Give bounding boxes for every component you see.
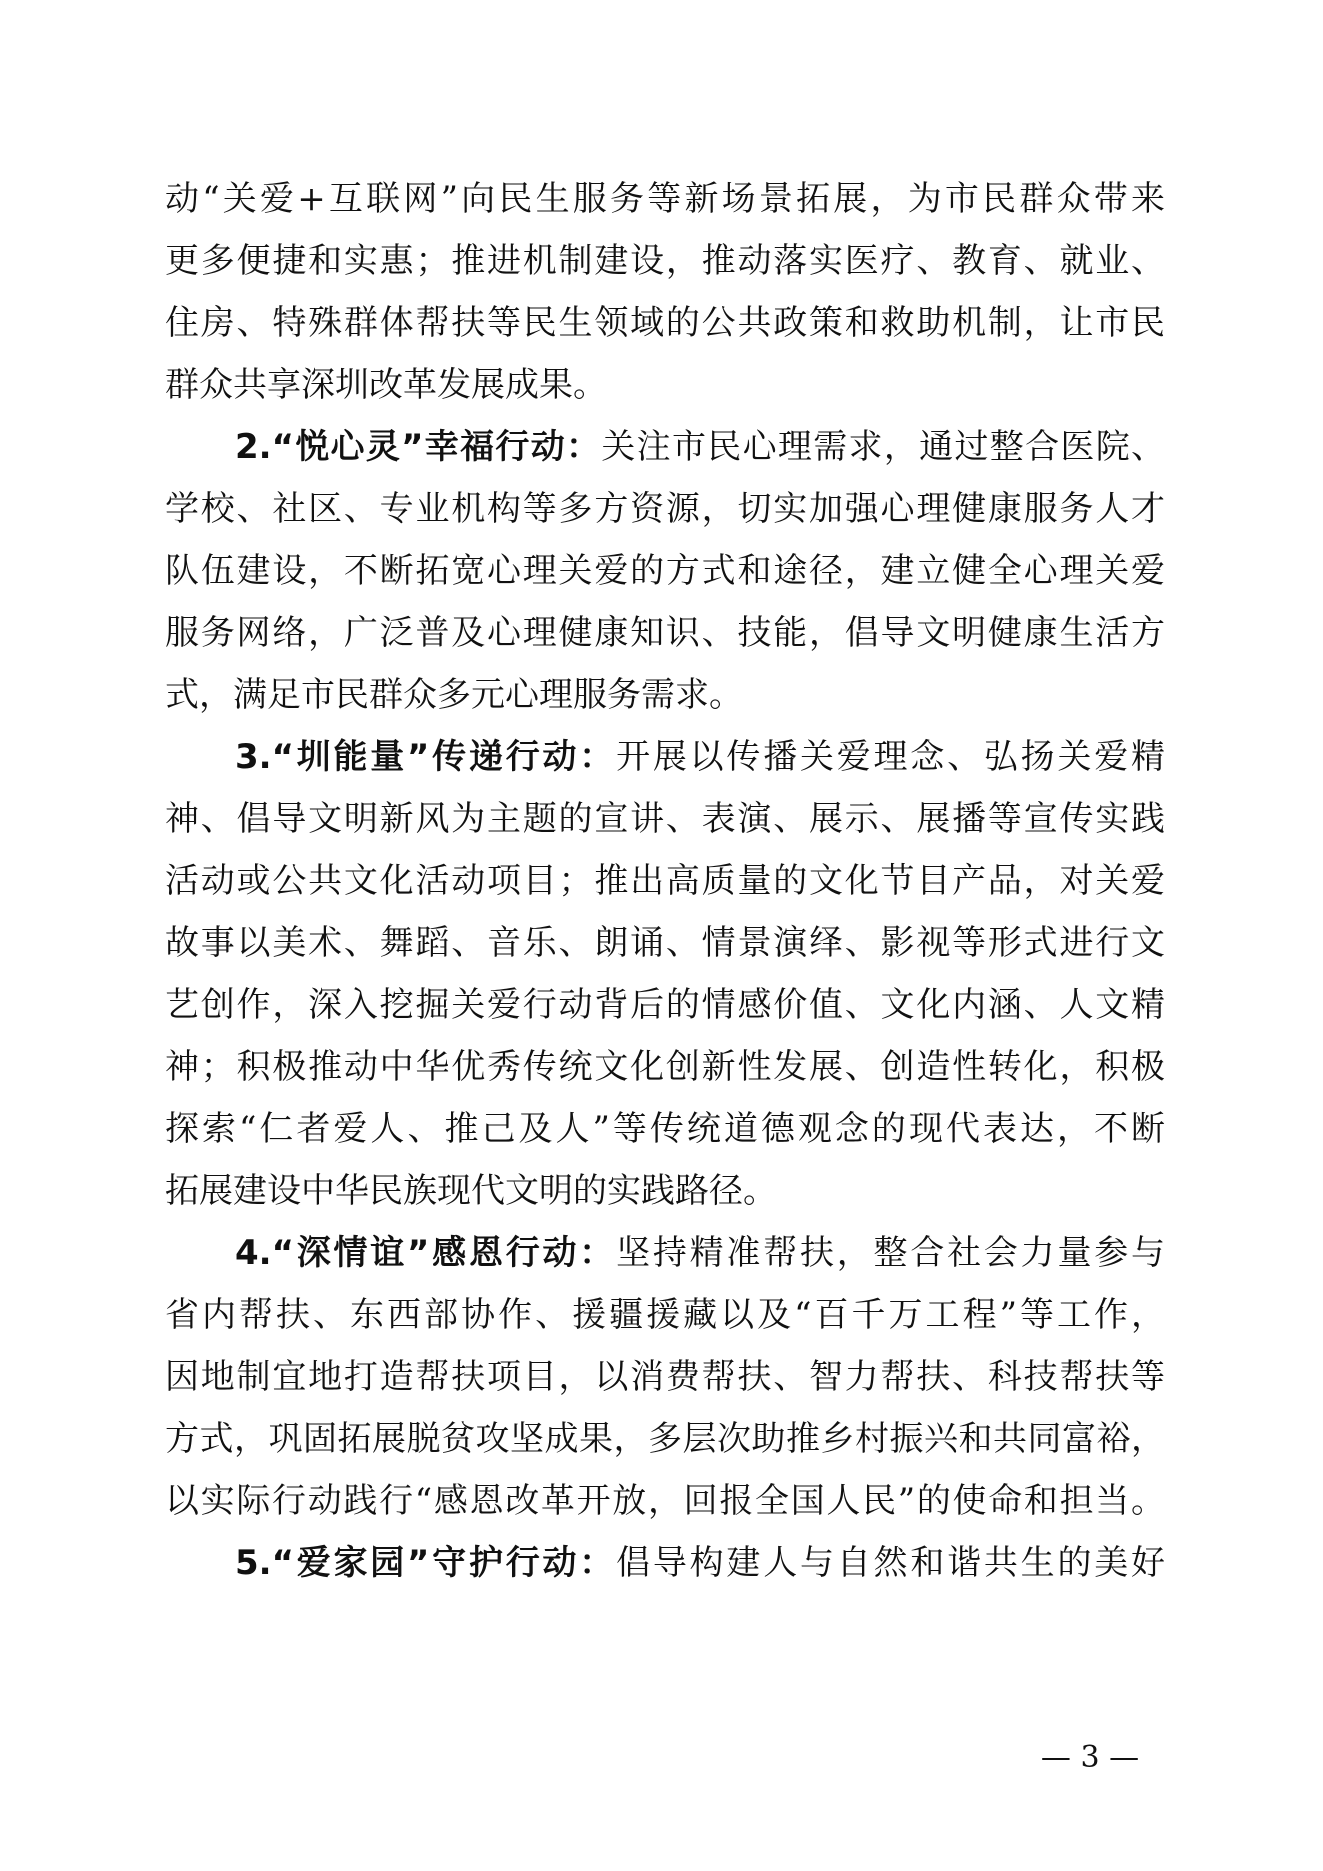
page-number: — 3 — (1020, 1738, 1160, 1778)
paragraph-4-text: 坚持精准帮扶，整合社会力量参与 (616, 1233, 1165, 1273)
paragraph-3-heading: 3.“圳能量”传递行动： (235, 737, 616, 777)
paragraph-3-line-4: 故事以美术、舞蹈、音乐、朗诵、情景演绎、影视等形式进行文 (165, 912, 1165, 974)
paragraph-1-line-3: 住房、特殊群体帮扶等民生领域的公共政策和救助机制，让市民 (165, 292, 1165, 354)
paragraph-1-line-2: 更多便捷和实惠；推进机制建设，推动落实医疗、教育、就业、 (165, 230, 1165, 292)
paragraph-4-heading: 4.“深情谊”感恩行动： (235, 1233, 616, 1273)
paragraph-3-line-7: 探索“仁者爱人、推己及人”等传统道德观念的现代表达，不断 (165, 1098, 1165, 1160)
paragraph-2-text: 关注市民心理需求，通过整合医院、 (601, 427, 1165, 467)
paragraph-4-line-5: 以实际行动践行“感恩改革开放，回报全国人民”的使命和担当。 (165, 1470, 1165, 1532)
paragraph-2-line-2: 学校、社区、专业机构等多方资源，切实加强心理健康服务人才 (165, 478, 1165, 540)
paragraph-2-line-5: 式，满足市民群众多元心理服务需求。 (165, 664, 1165, 726)
paragraph-3-line-6: 神；积极推动中华优秀传统文化创新性发展、创造性转化，积极 (165, 1036, 1165, 1098)
paragraph-1-line-1: 动“关爱+互联网”向民生服务等新场景拓展，为市民群众带来 (165, 168, 1165, 230)
paragraph-3-line-2: 神、倡导文明新风为主题的宣讲、表演、展示、展播等宣传实践 (165, 788, 1165, 850)
paragraph-3-text: 开展以传播关爱理念、弘扬关爱精 (616, 737, 1165, 777)
paragraph-1-line-4: 群众共享深圳改革发展成果。 (165, 354, 1165, 416)
paragraph-5-heading: 5.“爱家园”守护行动： (235, 1543, 616, 1583)
paragraph-5-text: 倡导构建人与自然和谐共生的美好 (616, 1543, 1165, 1583)
paragraph-4-line-1: 4.“深情谊”感恩行动：坚持精准帮扶，整合社会力量参与 (235, 1222, 1165, 1284)
paragraph-4-line-2: 省内帮扶、东西部协作、援疆援藏以及“百千万工程”等工作， (165, 1284, 1165, 1346)
paragraph-3-line-8: 拓展建设中华民族现代文明的实践路径。 (165, 1160, 1165, 1222)
paragraph-2-line-1: 2.“悦心灵”幸福行动：关注市民心理需求，通过整合医院、 (235, 416, 1165, 478)
paragraph-5-line-1: 5.“爱家园”守护行动：倡导构建人与自然和谐共生的美好 (235, 1532, 1165, 1594)
paragraph-3-line-5: 艺创作，深入挖掘关爱行动背后的情感价值、文化内涵、人文精 (165, 974, 1165, 1036)
paragraph-2-heading: 2.“悦心灵”幸福行动： (235, 427, 601, 467)
paragraph-3-line-1: 3.“圳能量”传递行动：开展以传播关爱理念、弘扬关爱精 (235, 726, 1165, 788)
paragraph-4-line-4: 方式，巩固拓展脱贫攻坚成果，多层次助推乡村振兴和共同富裕， (165, 1408, 1165, 1470)
paragraph-2-line-3: 队伍建设，不断拓宽心理关爱的方式和途径，建立健全心理关爱 (165, 540, 1165, 602)
paragraph-4-line-3: 因地制宜地打造帮扶项目，以消费帮扶、智力帮扶、科技帮扶等 (165, 1346, 1165, 1408)
paragraph-2-line-4: 服务网络，广泛普及心理健康知识、技能，倡导文明健康生活方 (165, 602, 1165, 664)
paragraph-3-line-3: 活动或公共文化活动项目；推出高质量的文化节目产品，对关爱 (165, 850, 1165, 912)
document-page: 动“关爱+互联网”向民生服务等新场景拓展，为市民群众带来 更多便捷和实惠；推进机… (0, 0, 1323, 1871)
